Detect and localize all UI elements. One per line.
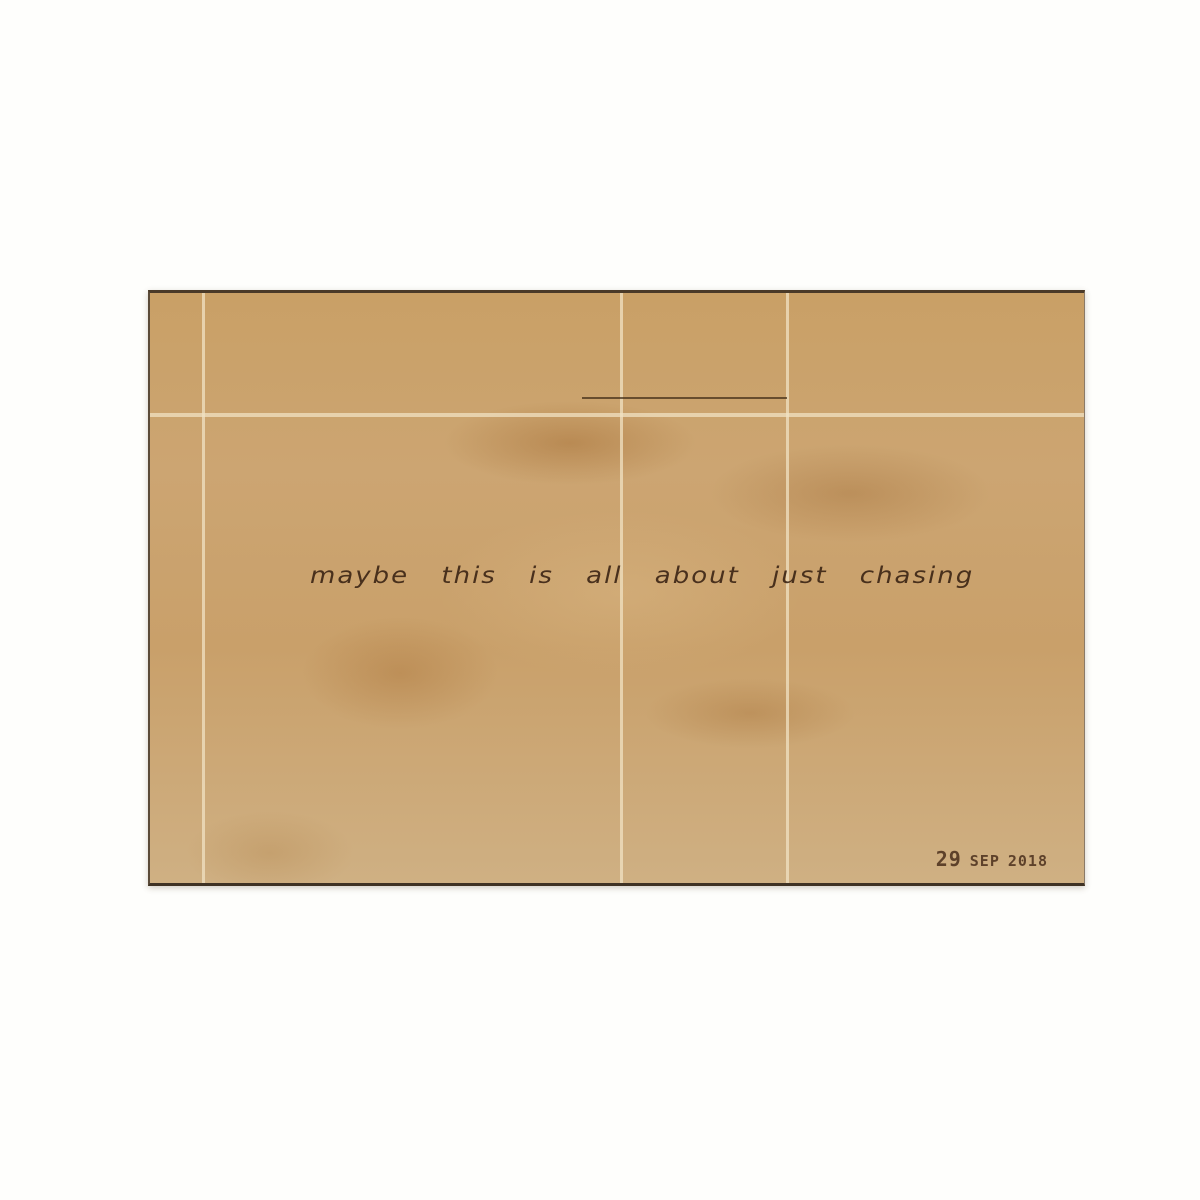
fold-line — [202, 293, 205, 883]
stamp-month: SEP — [970, 852, 1000, 870]
stamp-day: 29 — [936, 847, 962, 871]
crease-tear — [582, 397, 787, 399]
date-stamp: 29SEP2018 — [936, 847, 1048, 871]
aged-paper-card: maybe this is all about just chasing 29S… — [148, 290, 1085, 886]
stamp-year: 2018 — [1008, 852, 1048, 870]
handwritten-note: maybe this is all about just chasing — [310, 563, 974, 590]
fold-line — [150, 413, 1084, 417]
